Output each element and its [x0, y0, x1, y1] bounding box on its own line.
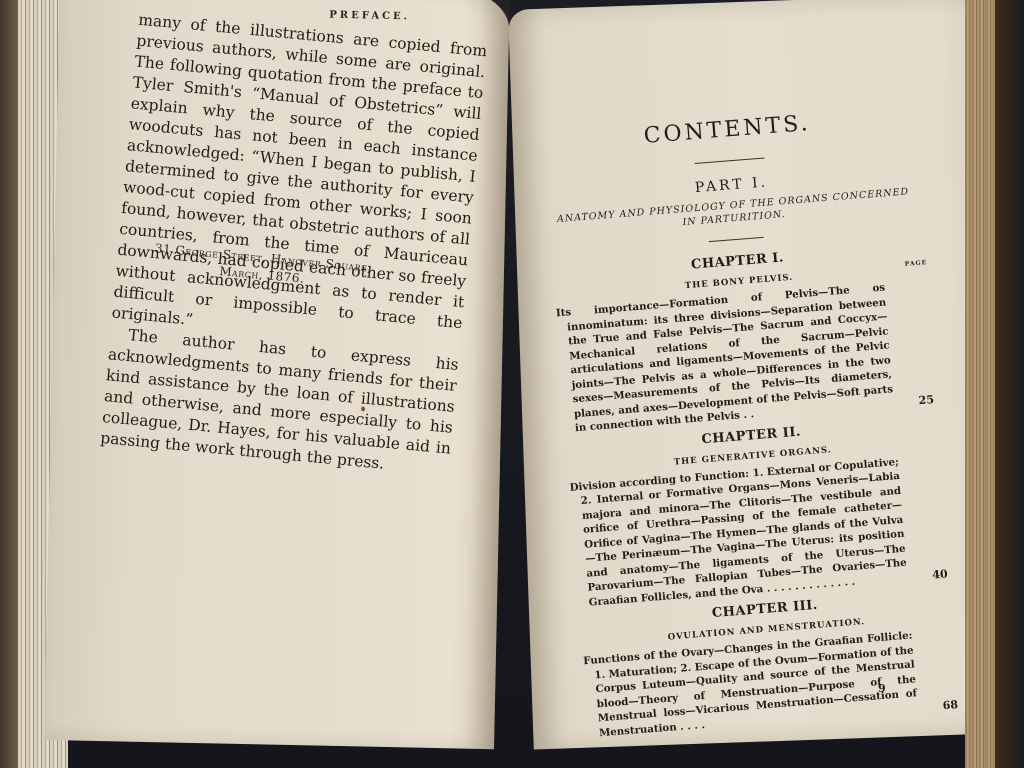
divider-rule [695, 158, 765, 164]
chapter-description-text: Its importance—Formation of Pelvis—The o… [556, 281, 894, 434]
chapter-entry: CHAPTER II. THE GENERATIVE ORGANS. Divis… [566, 413, 948, 610]
contents-section: CONTENTS. PART I. ANATOMY AND PHYSIOLOGY… [540, 81, 959, 747]
right-book-cover [995, 0, 1024, 768]
chapter-description: Division according to Function: 1. Exter… [569, 451, 948, 610]
chapter-page-number: 68 [952, 698, 958, 713]
running-head: PREFACE. [329, 10, 410, 23]
chapter-entry: CHAPTER I. THE BONY PELVIS. PAGE Its imp… [552, 239, 934, 436]
contents-title: CONTENTS. [542, 103, 913, 157]
chapter-entry: CHAPTER III. OVULATION AND MENSTRUATION.… [580, 587, 959, 741]
preface-paragraph: many of the illustrations are copied fro… [111, 10, 488, 355]
chapter-description: Its importance—Formation of Pelvis—The o… [555, 277, 934, 436]
divider-rule [708, 237, 763, 242]
chapter-page-number: 40 [942, 567, 948, 582]
chapter-description-text: Division according to Function: 1. Exter… [569, 455, 907, 608]
chapter-description-text: Functions of the Ovary—Changes in the Gr… [583, 629, 917, 738]
page-folio-number: 9 [878, 682, 886, 695]
chapter-page-number: 25 [928, 393, 934, 408]
left-page: PREFACE. many of the illustrations are c… [44, 0, 510, 749]
